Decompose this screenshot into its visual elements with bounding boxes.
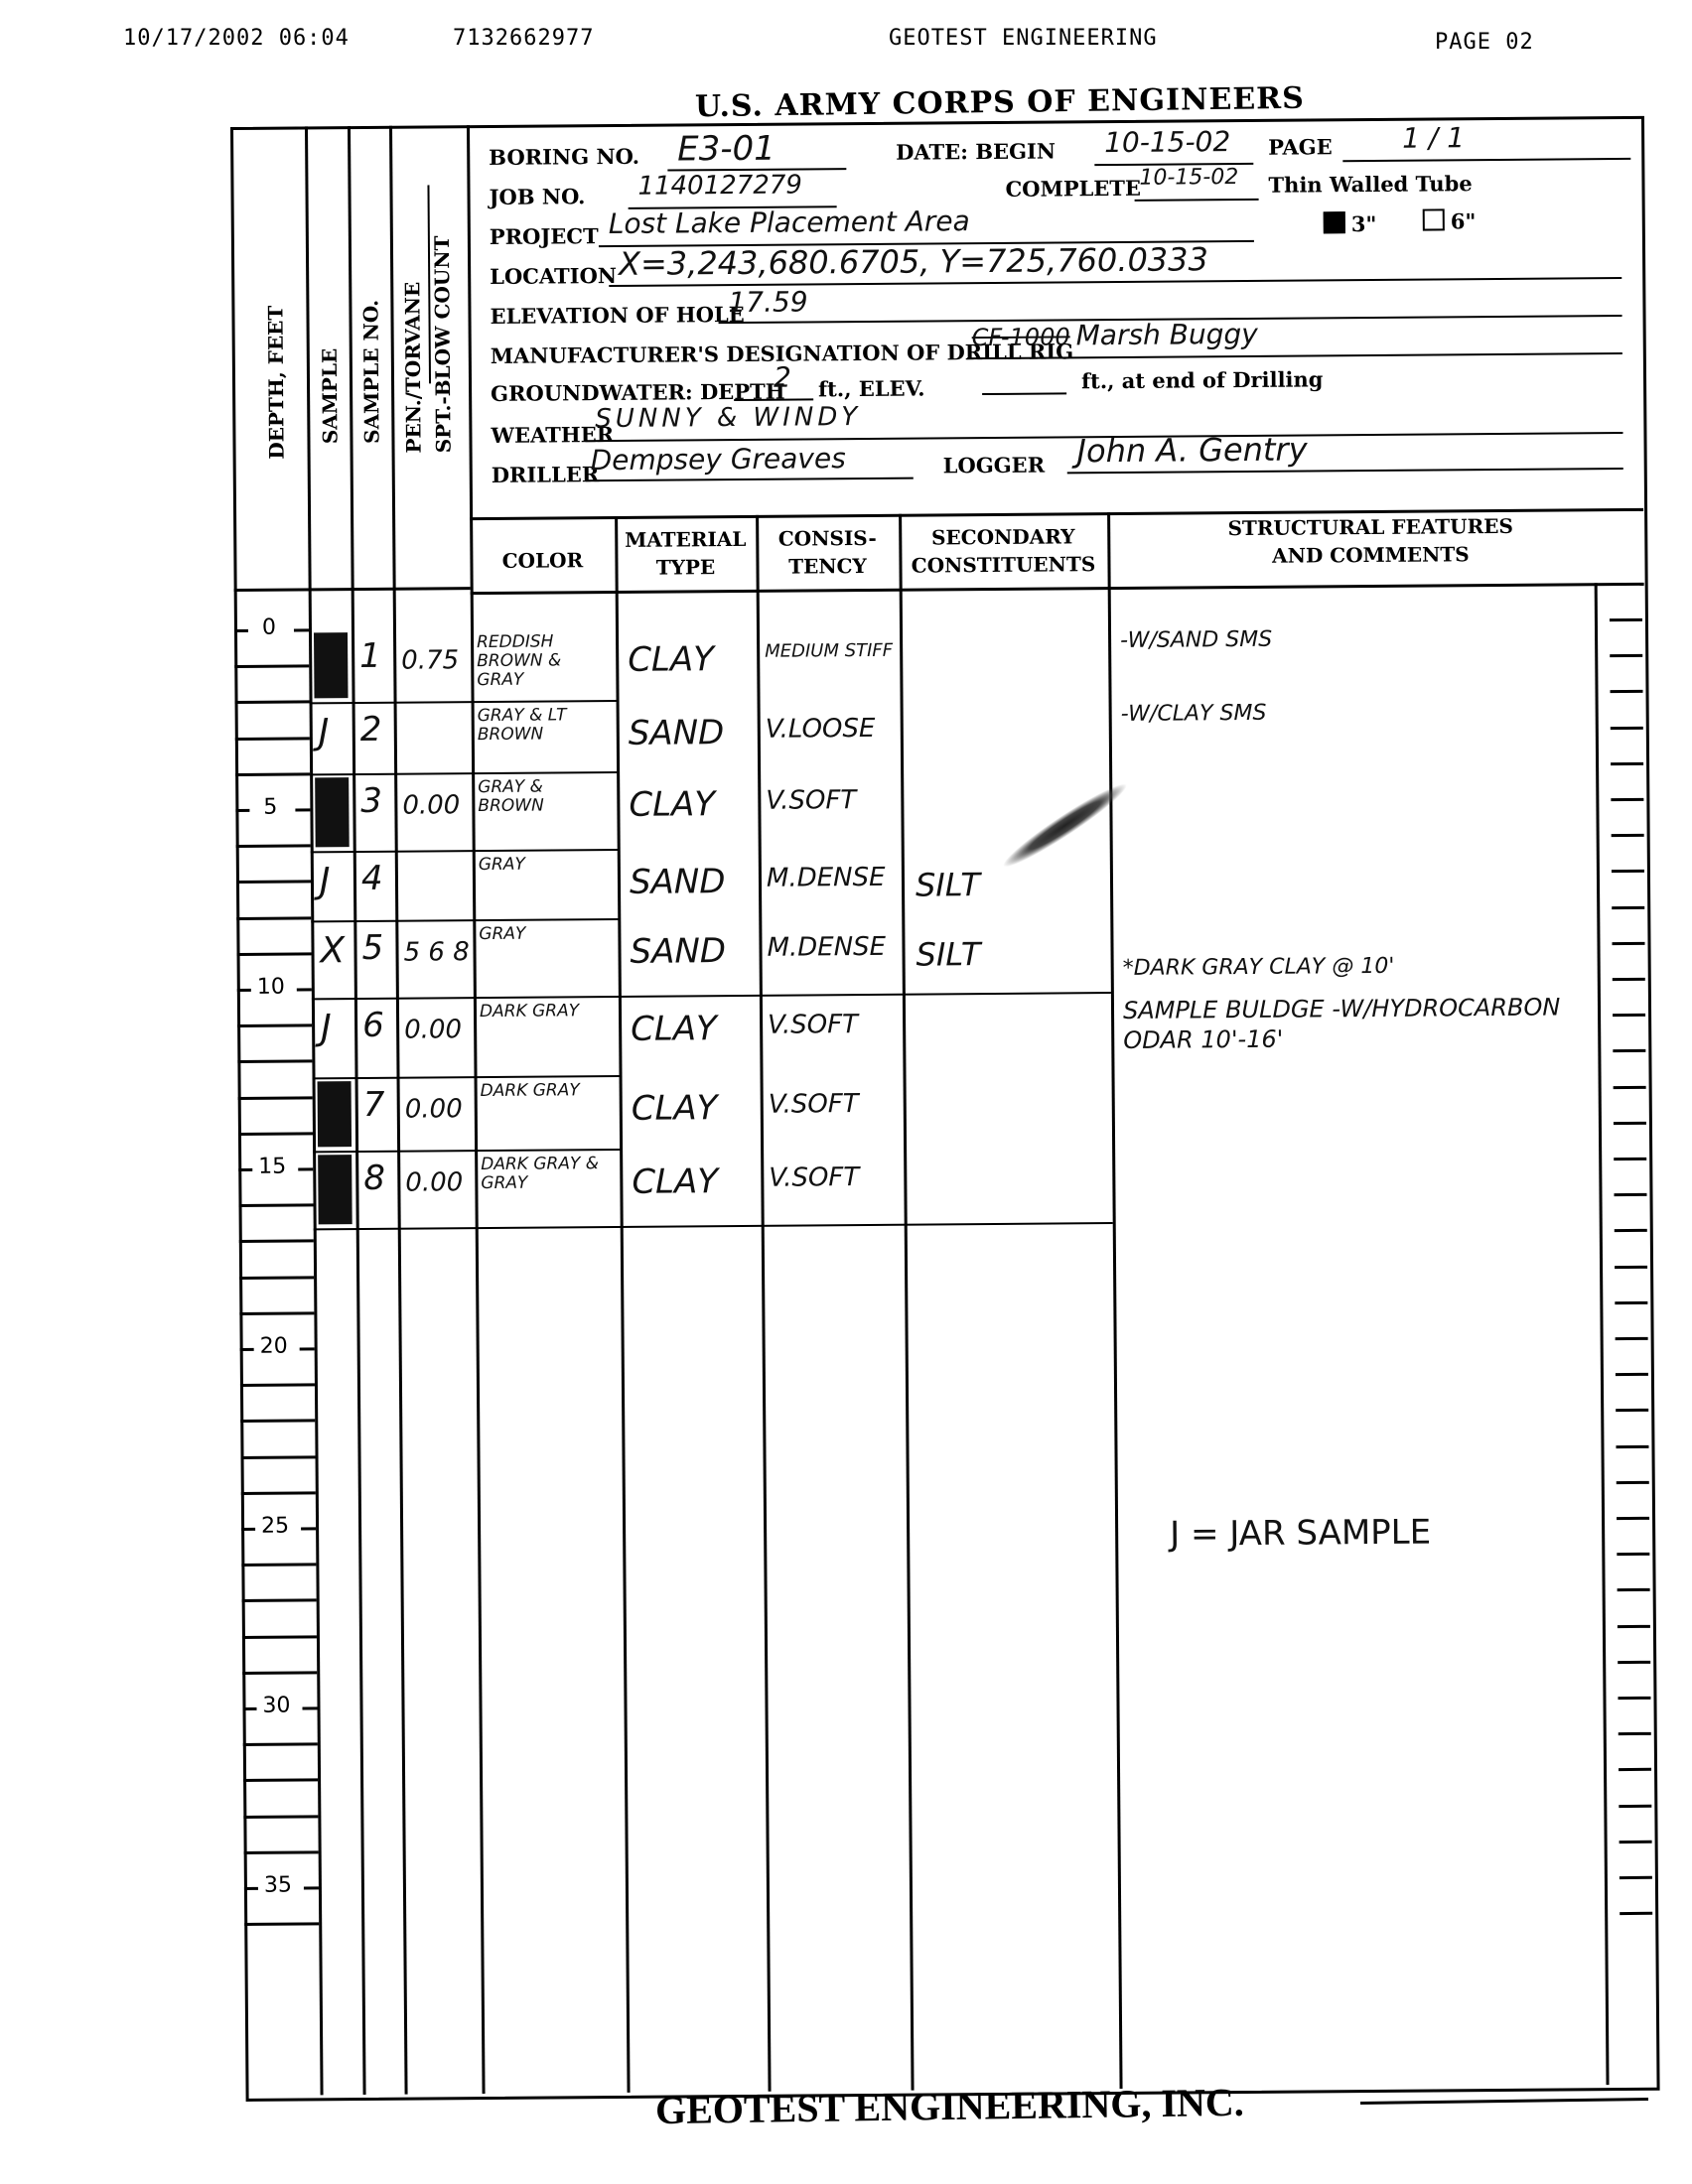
tube-3in-checkbox[interactable] xyxy=(1324,211,1345,233)
sample-number: 5 xyxy=(361,928,383,968)
driller-label: DRILLER xyxy=(492,462,600,487)
pen-value: 5 6 8 xyxy=(403,937,469,968)
depth-tick-right xyxy=(1617,1517,1649,1520)
depth-tick xyxy=(236,881,311,885)
color-value: GRAY xyxy=(479,855,613,875)
pen-value: 0.00 xyxy=(402,790,460,820)
date-begin-value: 10-15-02 xyxy=(1104,125,1230,159)
depth-tick xyxy=(239,1204,314,1208)
header-spt-blow-count: SPT.-BLOW COUNT xyxy=(430,235,456,453)
depth-tick xyxy=(237,952,312,956)
depth-tick xyxy=(239,1240,314,1244)
tube-6in-label: 6" xyxy=(1451,208,1477,233)
depth-tick-right xyxy=(1611,726,1643,729)
fax-page: PAGE 02 xyxy=(1435,30,1534,55)
driller-value: Dempsey Greaves xyxy=(591,442,846,477)
depth-tick-right xyxy=(1617,1553,1649,1556)
depth-tick-right xyxy=(1616,1373,1648,1376)
sample-number: 6 xyxy=(362,1006,384,1045)
location-label: LOCATION xyxy=(490,263,617,289)
depth-tick xyxy=(238,1168,252,1171)
sample-number: 2 xyxy=(360,710,382,750)
page-value: 1 / 1 xyxy=(1402,121,1465,154)
boring-log-form: DEPTH, FEET SAMPLE SAMPLE NO. PEN./TORVA… xyxy=(230,116,1656,2098)
header-sample-no: SAMPLE NO. xyxy=(358,300,383,444)
depth-tick xyxy=(241,1491,316,1495)
depth-tick-right xyxy=(1618,1588,1650,1591)
depth-label: 0 xyxy=(262,615,276,640)
depth-tick-right xyxy=(1611,762,1643,765)
depth-tick xyxy=(304,1886,319,1889)
consistency-value: M.DENSE xyxy=(767,863,900,893)
consistency-value: V.SOFT xyxy=(769,1162,902,1193)
material-value: CLAY xyxy=(632,1088,718,1129)
pen-value: 0.00 xyxy=(404,1015,462,1044)
depth-tick xyxy=(242,1599,317,1603)
depth-tick xyxy=(238,1096,313,1100)
tube-label: Thin Walled Tube xyxy=(1268,171,1472,198)
secondary-value: SILT xyxy=(916,935,980,974)
header-pen-torvane: PEN./TORVANE xyxy=(400,282,425,454)
sample-number: 1 xyxy=(359,636,381,676)
color-value: GRAY xyxy=(479,924,613,944)
consistency-value: V.SOFT xyxy=(768,1010,901,1040)
sample-number: 7 xyxy=(363,1085,385,1125)
depth-tick xyxy=(240,1348,254,1351)
depth-tick xyxy=(237,1024,312,1028)
depth-tick xyxy=(298,1167,313,1170)
depth-tick-right xyxy=(1612,834,1644,837)
fax-datetime: 10/17/2002 06:04 xyxy=(123,26,350,51)
project-label: PROJECT xyxy=(490,223,599,249)
header-depth: DEPTH, FEET xyxy=(263,306,288,460)
depth-tick xyxy=(238,1132,313,1136)
depth-tick xyxy=(244,1923,319,1927)
tube-6in-checkbox[interactable] xyxy=(1423,208,1445,230)
depth-tick-right xyxy=(1612,870,1644,873)
consistency-value: M.DENSE xyxy=(767,932,900,963)
boring-no-label: BORING NO. xyxy=(489,144,639,170)
depth-tick xyxy=(242,1671,317,1675)
sample-mark xyxy=(318,1081,352,1147)
depth-tick-right xyxy=(1610,654,1642,657)
sample-mark xyxy=(315,777,350,847)
depth-tick xyxy=(236,845,311,849)
depth-label: 35 xyxy=(264,1873,292,1898)
date-complete-value: 10-15-02 xyxy=(1139,165,1238,191)
jar-sample-legend: J = JAR SAMPLE xyxy=(1170,1513,1431,1555)
color-value: DARK GRAY xyxy=(481,1081,615,1101)
depth-tick-right xyxy=(1618,1661,1650,1664)
depth-tick-right xyxy=(1615,1301,1647,1304)
color-value: DARK GRAY & GRAY xyxy=(481,1155,615,1193)
depth-tick xyxy=(235,772,310,776)
comment-value: -W/CLAY SMS xyxy=(1121,696,1598,730)
depth-tick xyxy=(242,1635,317,1639)
depth-tick xyxy=(244,1887,258,1890)
depth-tick-right xyxy=(1612,905,1644,908)
color-value: REDDISH BROWN & GRAY xyxy=(477,632,611,690)
complete-label: COMPLETE xyxy=(1005,176,1141,202)
depth-tick xyxy=(235,809,249,812)
depth-tick-right xyxy=(1618,1624,1650,1627)
consistency-value: V.SOFT xyxy=(769,1089,902,1120)
depth-tick xyxy=(301,1527,316,1530)
sample-mark: X xyxy=(320,930,345,971)
depth-tick xyxy=(239,1276,314,1280)
depth-tick-right xyxy=(1615,1265,1647,1268)
depth-tick-right xyxy=(1617,1481,1649,1484)
footer-company: GEOTEST ENGINEERING, INC. xyxy=(655,2079,1244,2133)
logger-value: John A. Gentry xyxy=(1076,430,1307,470)
material-value: CLAY xyxy=(629,784,715,825)
color-value: GRAY & LT BROWN xyxy=(478,706,612,745)
material-value: SAND xyxy=(630,931,726,972)
depth-tick xyxy=(294,628,309,631)
col-header-secondary: SECONDARY CONSTITUENTS xyxy=(899,522,1107,580)
pen-value: 0.00 xyxy=(405,1094,463,1124)
groundwater-depth-value: 2 xyxy=(774,361,791,394)
depth-tick xyxy=(237,989,251,992)
col-header-material-type: MATERIAL TYPE xyxy=(615,525,756,582)
elevation-value: 17.59 xyxy=(728,285,807,319)
depth-tick-right xyxy=(1616,1337,1648,1340)
col-header-color: COLOR xyxy=(470,546,615,575)
depth-tick xyxy=(244,1850,319,1854)
depth-tick xyxy=(303,1706,318,1709)
depth-tick-right xyxy=(1610,690,1642,693)
job-no-value: 1140127279 xyxy=(637,170,802,201)
depth-tick xyxy=(241,1528,255,1531)
depth-tick-right xyxy=(1614,1193,1646,1196)
depth-tick xyxy=(243,1815,318,1819)
fax-sender: GEOTEST ENGINEERING xyxy=(889,26,1158,51)
pen-value: 0.00 xyxy=(405,1167,463,1197)
depth-tick-right xyxy=(1616,1409,1648,1412)
sample-mark xyxy=(314,632,349,698)
end-of-drilling-label: ft., at end of Drilling xyxy=(1081,366,1324,393)
sample-number: 3 xyxy=(360,781,382,821)
tube-3in-label: 3" xyxy=(1351,211,1377,236)
header-sample: SAMPLE xyxy=(318,348,343,445)
depth-tick-right xyxy=(1616,1444,1648,1447)
depth-tick xyxy=(240,1384,315,1388)
sample-number: 4 xyxy=(361,859,383,898)
material-value: CLAY xyxy=(632,1161,718,1202)
depth-label: 10 xyxy=(257,975,285,1000)
depth-tick xyxy=(239,1311,314,1315)
material-value: CLAY xyxy=(631,1009,717,1049)
depth-label: 15 xyxy=(258,1155,286,1179)
depth-tick xyxy=(234,665,309,669)
depth-tick-right xyxy=(1620,1876,1652,1879)
color-value: GRAY & BROWN xyxy=(478,777,612,816)
sample-mark: J xyxy=(320,861,331,901)
boring-no-value: E3-01 xyxy=(677,129,775,170)
sample-mark xyxy=(318,1155,352,1224)
drill-rig-value: Marsh Buggy xyxy=(1076,318,1258,351)
col-header-consistency: CONSIS- TENCY xyxy=(756,524,899,581)
depth-tick-right xyxy=(1613,978,1645,981)
sample-number: 8 xyxy=(363,1159,385,1198)
sample-mark: J xyxy=(319,712,330,752)
depth-tick-right xyxy=(1610,618,1642,621)
depth-tick xyxy=(235,701,310,705)
depth-tick xyxy=(241,1455,316,1459)
comment-value: *DARK GRAY CLAY @ 10' xyxy=(1123,950,1600,984)
depth-tick-right xyxy=(1614,1158,1646,1160)
depth-tick xyxy=(240,1420,315,1424)
consistency-value: V.SOFT xyxy=(766,785,899,816)
elevation-label: ELEVATION OF HOLE xyxy=(490,302,744,329)
depth-tick-right xyxy=(1614,1085,1646,1088)
depth-tick xyxy=(235,737,310,741)
col-header-structural: STRUCTURAL FEATURES AND COMMENTS xyxy=(1206,512,1534,571)
depth-tick-right xyxy=(1613,1049,1645,1052)
depth-tick-right xyxy=(1615,1229,1647,1232)
ft-elev-label: ft., ELEV. xyxy=(818,376,925,402)
material-value: SAND xyxy=(629,713,725,753)
color-value: DARK GRAY xyxy=(480,1002,614,1022)
consistency-value: MEDIUM STIFF xyxy=(765,640,898,662)
secondary-value: SILT xyxy=(916,866,980,904)
comment-value: -W/SAND SMS xyxy=(1120,622,1597,656)
material-value: SAND xyxy=(630,862,726,902)
depth-tick-right xyxy=(1619,1732,1651,1735)
depth-tick-right xyxy=(1619,1768,1651,1771)
logger-label: LOGGER xyxy=(943,453,1046,478)
sample-mark: J xyxy=(321,1008,332,1048)
depth-label: 25 xyxy=(261,1514,289,1539)
drill-rig-struck-value: CF-1000 xyxy=(972,323,1070,351)
groundwater-label: GROUNDWATER: DEPTH xyxy=(491,379,785,406)
tube-3in-option[interactable]: 3" xyxy=(1324,211,1377,236)
consistency-value: V.LOOSE xyxy=(766,714,899,745)
depth-tick-right xyxy=(1619,1804,1651,1807)
job-no-label: JOB NO. xyxy=(489,184,585,209)
fax-phone: 7132662977 xyxy=(453,26,594,51)
depth-label: 30 xyxy=(262,1694,290,1718)
depth-tick xyxy=(243,1743,318,1747)
depth-tick xyxy=(237,1060,312,1064)
location-value: X=3,243,680.6705, Y=725,760.0333 xyxy=(619,240,1208,283)
depth-tick-right xyxy=(1612,942,1644,945)
comment-value: SAMPLE BULDGE -W/HYDROCARBON ODAR 10'-16… xyxy=(1123,992,1600,1055)
depth-tick-right xyxy=(1618,1697,1650,1700)
date-begin-label: DATE: BEGIN xyxy=(896,138,1056,164)
depth-tick-right xyxy=(1613,1014,1645,1017)
material-value: CLAY xyxy=(628,639,714,680)
weather-value: SUNNY & WINDY xyxy=(595,402,861,434)
depth-tick xyxy=(295,808,310,811)
page-label: PAGE xyxy=(1268,134,1333,160)
tube-6in-option[interactable]: 6" xyxy=(1423,208,1477,233)
footer-line xyxy=(1360,2098,1648,2105)
depth-tick xyxy=(243,1707,257,1710)
depth-label: 5 xyxy=(263,795,277,820)
depth-tick-right xyxy=(1620,1912,1652,1915)
depth-label: 20 xyxy=(260,1334,288,1359)
depth-tick xyxy=(234,629,248,632)
depth-tick xyxy=(243,1779,318,1783)
pen-value: 0.75 xyxy=(401,645,459,675)
depth-tick xyxy=(300,1347,315,1350)
depth-tick xyxy=(241,1564,316,1568)
depth-tick xyxy=(297,988,312,991)
depth-tick-right xyxy=(1620,1841,1652,1843)
depth-tick xyxy=(236,916,311,920)
depth-tick-right xyxy=(1614,1122,1646,1125)
form-title: U.S. ARMY CORPS OF ENGINEERS xyxy=(695,81,1305,125)
project-value: Lost Lake Placement Area xyxy=(609,205,970,240)
depth-tick-right xyxy=(1611,798,1643,801)
